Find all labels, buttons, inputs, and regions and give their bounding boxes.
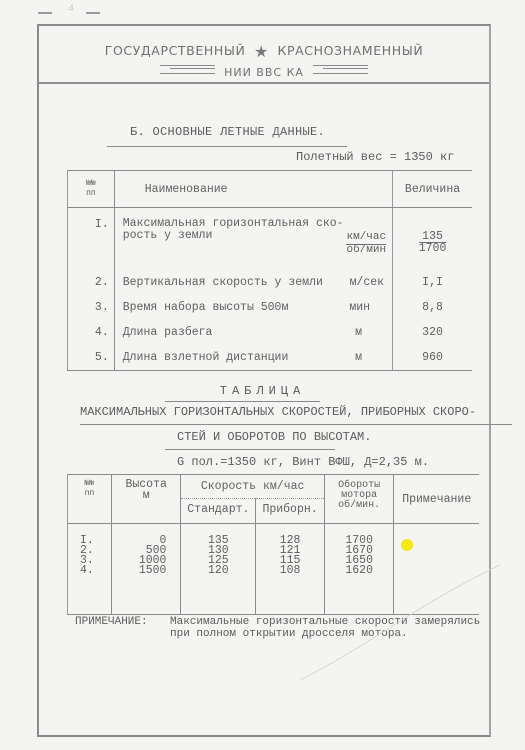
cell-num: 4. (80, 566, 111, 576)
header-speed-group: Скорость км/час (181, 475, 324, 499)
col-note-values (394, 524, 479, 615)
row-name: Длина взлетной дистанциим (114, 345, 392, 371)
header-num-l1: №№ (85, 479, 95, 488)
footnote-label: ПРИМЕЧАНИЕ: (75, 616, 148, 628)
page-number-marker: 4 (38, 10, 98, 16)
row-name: Вертикальная скорость у землим/сек (114, 270, 392, 295)
header-note: Примечание (394, 475, 479, 524)
header-num-l1: №№ (86, 179, 96, 188)
letterhead-red-banner-word: КРАСНОЗНАМЕННЫЙ (278, 43, 424, 58)
table-subtitle-line-1: МАКСИМАЛЬНЫХ ГОРИЗОНТАЛЬНЫХ СКОРОСТЕЙ, П… (80, 405, 476, 419)
row-name-line-2: рость у земли (123, 229, 213, 242)
row-value: 135 1700 (393, 208, 472, 271)
row-num: 2. (68, 270, 115, 295)
table-row: 5. Длина взлетной дистанциим 960 (68, 345, 473, 371)
dash-right (86, 12, 100, 14)
header-rpm-l3: об/мин. (338, 500, 380, 511)
row-name-text: Длина разбега (123, 326, 213, 339)
row-unit: м (355, 326, 392, 339)
col-num-values: I. 2. 3. 4. (68, 524, 112, 615)
header-altitude-l2: м (143, 489, 150, 502)
header-name: Наименование (114, 171, 392, 208)
flight-weight: Полетный вес = 1350 кг (296, 150, 454, 164)
header-num-l2: пп (85, 489, 95, 498)
row-name: Время набора высоты 500ммин (114, 295, 392, 320)
row-num: 4. (68, 320, 115, 345)
row-name: Длина разбегам (114, 320, 392, 345)
page-number: 4 (68, 4, 74, 15)
table-row: 3. Время набора высоты 500ммин 8,8 (68, 295, 473, 320)
row-value: 960 (393, 345, 472, 371)
cell-altitude: 1500 (112, 566, 166, 576)
unit-bottom: об/мин (346, 244, 386, 256)
row-name-text: Время набора высоты 500м (123, 301, 289, 314)
decorative-bars-left (160, 65, 215, 74)
cell-rpm: 1620 (325, 566, 394, 576)
row-num: 5. (68, 345, 115, 371)
unit-fraction: км/час об/мин (346, 232, 386, 256)
decorative-bars-right (313, 65, 368, 74)
institute-name: НИИ ВВС КА (224, 66, 304, 79)
header-altitude: Высота м (111, 475, 180, 524)
table-header-row: №№ пп Наименование Величина (68, 171, 473, 208)
letterhead-state-word: ГОСУДАРСТВЕННЫЙ (105, 43, 246, 58)
row-name-wrap: Максимальная горизонтальная ско- рость у… (123, 218, 392, 242)
row-value: 8,8 (393, 295, 472, 320)
table-subtitle-underline-2 (165, 449, 335, 450)
col-instrument-values: 128 121 115 108 (256, 524, 325, 615)
cell-instrument: 108 (256, 566, 324, 576)
header-num-l2: пп (86, 189, 96, 198)
row-unit: м (355, 351, 392, 364)
header-value: Величина (393, 171, 472, 208)
table-subtitle-underline-1 (80, 424, 512, 425)
value-fraction: 135 1700 (419, 231, 447, 254)
row-name: Максимальная горизонтальная ско- рость у… (114, 208, 392, 271)
table-header-row: №№ пп Высота м Скорость км/час Обороты м… (68, 475, 480, 499)
dash-left (38, 12, 52, 14)
value-bottom: 1700 (419, 242, 447, 255)
row-value: I,I (393, 270, 472, 295)
letterhead: ГОСУДАРСТВЕННЫЙ ★ КРАСНОЗНАМЕННЫЙ НИИ ВВ… (39, 26, 489, 84)
header-rpm: Обороты мотора об/мин. (324, 475, 394, 524)
header-num: №№ пп (68, 475, 112, 524)
table-subtitle-line-2: СТЕЙ И ОБОРОТОВ ПО ВЫСОТАМ. (177, 430, 371, 444)
cell-standard: 120 (181, 566, 255, 576)
table-body-row: I. 2. 3. 4. 0 500 1000 1500 135 130 125 … (68, 524, 480, 615)
header-num: №№ пп (68, 171, 115, 208)
speed-by-altitude-table: №№ пп Высота м Скорость км/час Обороты м… (67, 474, 479, 615)
letterhead-line-1: ГОСУДАРСТВЕННЫЙ ★ КРАСНОЗНАМЕННЫЙ (39, 42, 489, 61)
section-title: Б. ОСНОВНЫЕ ЛЕТНЫЕ ДАННЫЕ. (130, 125, 325, 139)
row-num: 3. (68, 295, 115, 320)
header-instrument: Приборн. (256, 499, 325, 524)
table-conditions: G пол.=1350 кг, Винт ВФШ, Д=2,35 м. (177, 455, 429, 469)
section-title-underline (107, 146, 347, 147)
col-standard-values: 135 130 125 120 (181, 524, 256, 615)
table-row: 4. Длина разбегам 320 (68, 320, 473, 345)
table-row: 2. Вертикальная скорость у землим/сек I,… (68, 270, 473, 295)
flight-data-table: №№ пп Наименование Величина I. Максималь… (67, 170, 472, 371)
row-name-text: Вертикальная скорость у земли (123, 276, 323, 289)
star-emblem-icon: ★ (254, 42, 269, 61)
table-row: I. Максимальная горизонтальная ско- рост… (68, 208, 473, 271)
col-rpm-values: 1700 1670 1650 1620 (324, 524, 394, 615)
table-title-underline (165, 401, 320, 402)
row-unit: м/сек (350, 276, 393, 289)
row-num: I. (68, 208, 115, 271)
header-standard: Стандарт. (181, 499, 256, 524)
row-value: 320 (393, 320, 472, 345)
row-unit: мин (349, 301, 392, 314)
row-name-text: Длина взлетной дистанции (123, 351, 289, 364)
col-altitude-values: 0 500 1000 1500 (111, 524, 180, 615)
footnote-text: Максимальные горизонтальные скорости зам… (170, 616, 500, 640)
letterhead-line-2: НИИ ВВС КА (39, 65, 489, 79)
table-title: ТАБЛИЦА (0, 384, 525, 398)
highlight-marker-dot (401, 539, 413, 551)
